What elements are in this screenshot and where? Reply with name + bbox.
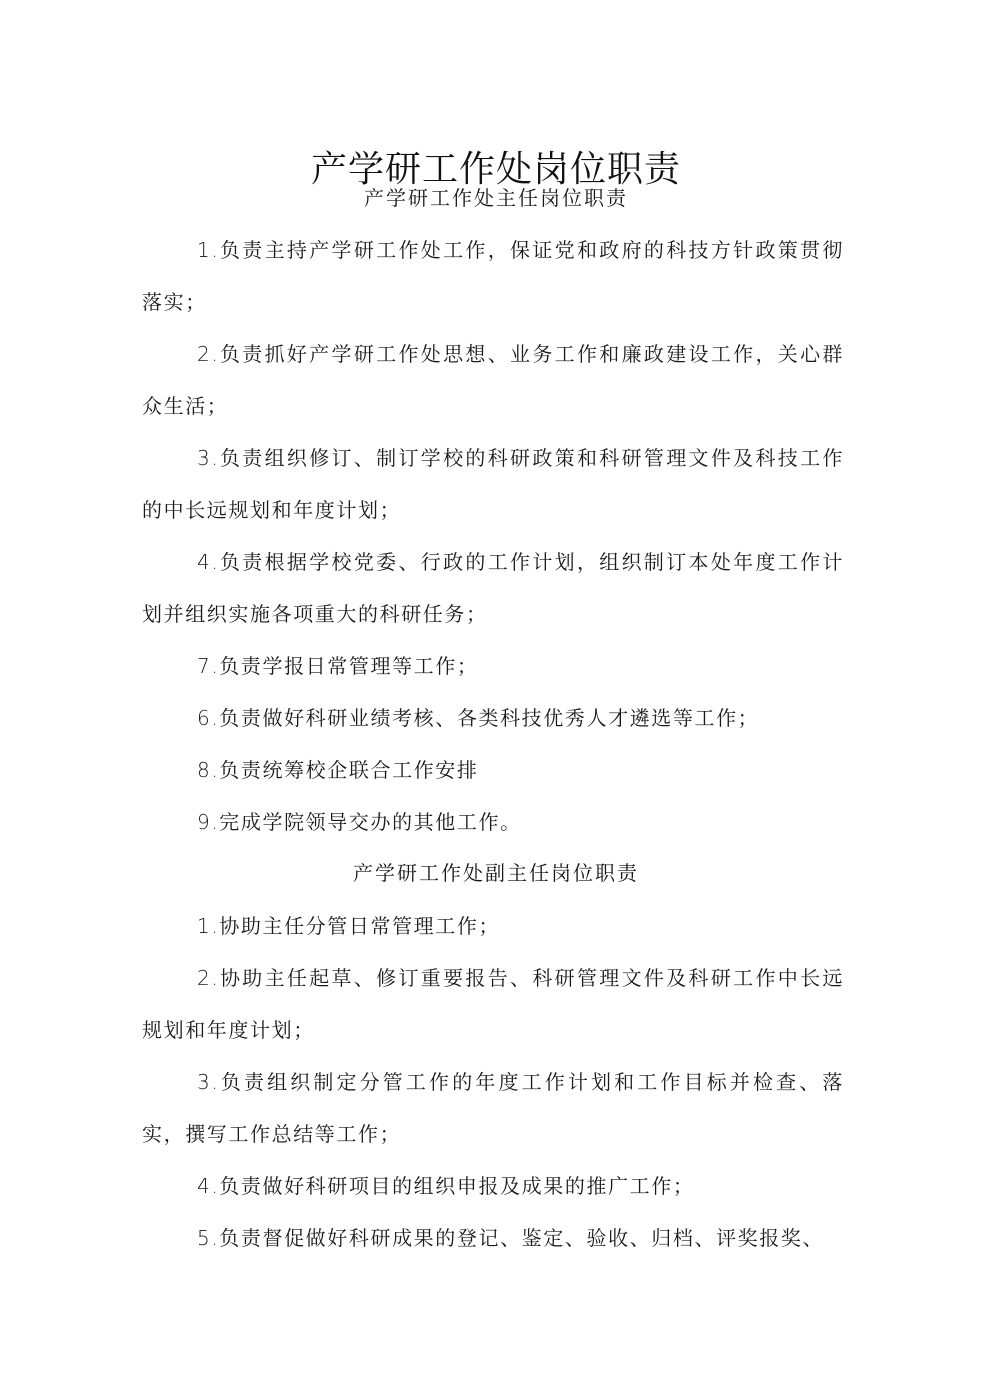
duty-item: 3.负责组织修订、制订学校的科研政策和科研管理文件及科技工作的中长远规划和年度计… bbox=[142, 432, 844, 536]
document-page: 产学研工作处岗位职责 产学研工作处主任岗位职责 1.负责主持产学研工作处工作，保… bbox=[0, 0, 992, 1398]
duty-item: 6.负责做好科研业绩考核、各类科技优秀人才遴选等工作； bbox=[142, 692, 844, 744]
section-heading-deputy-director: 产学研工作处副主任岗位职责 bbox=[0, 858, 992, 888]
duty-item: 9.完成学院领导交办的其他工作。 bbox=[142, 796, 844, 848]
duty-item: 7.负责学报日常管理等工作； bbox=[142, 640, 844, 692]
duty-item: 2.负责抓好产学研工作处思想、业务工作和廉政建设工作，关心群众生活； bbox=[142, 328, 844, 432]
duty-item: 8.负责统筹校企联合工作安排 bbox=[142, 744, 844, 796]
duty-item: 2.协助主任起草、修订重要报告、科研管理文件及科研工作中长远规划和年度计划； bbox=[142, 952, 844, 1056]
duty-item: 4.负责做好科研项目的组织申报及成果的推广工作； bbox=[142, 1160, 844, 1212]
duty-item: 5.负责督促做好科研成果的登记、鉴定、验收、归档、评奖报奖、 bbox=[142, 1212, 844, 1264]
duty-item: 4.负责根据学校党委、行政的工作计划，组织制订本处年度工作计划并组织实施各项重大… bbox=[142, 536, 844, 640]
duty-item: 3.负责组织制定分管工作的年度工作计划和工作目标并检查、落实，撰写工作总结等工作… bbox=[142, 1056, 844, 1160]
duty-item: 1.负责主持产学研工作处工作，保证党和政府的科技方针政策贯彻落实； bbox=[142, 224, 844, 328]
duty-item: 1.协助主任分管日常管理工作； bbox=[142, 900, 844, 952]
section-body-director: 1.负责主持产学研工作处工作，保证党和政府的科技方针政策贯彻落实； 2.负责抓好… bbox=[142, 224, 844, 848]
section-heading-director: 产学研工作处主任岗位职责 bbox=[0, 183, 992, 213]
section-body-deputy-director: 1.协助主任分管日常管理工作； 2.协助主任起草、修订重要报告、科研管理文件及科… bbox=[142, 900, 844, 1264]
